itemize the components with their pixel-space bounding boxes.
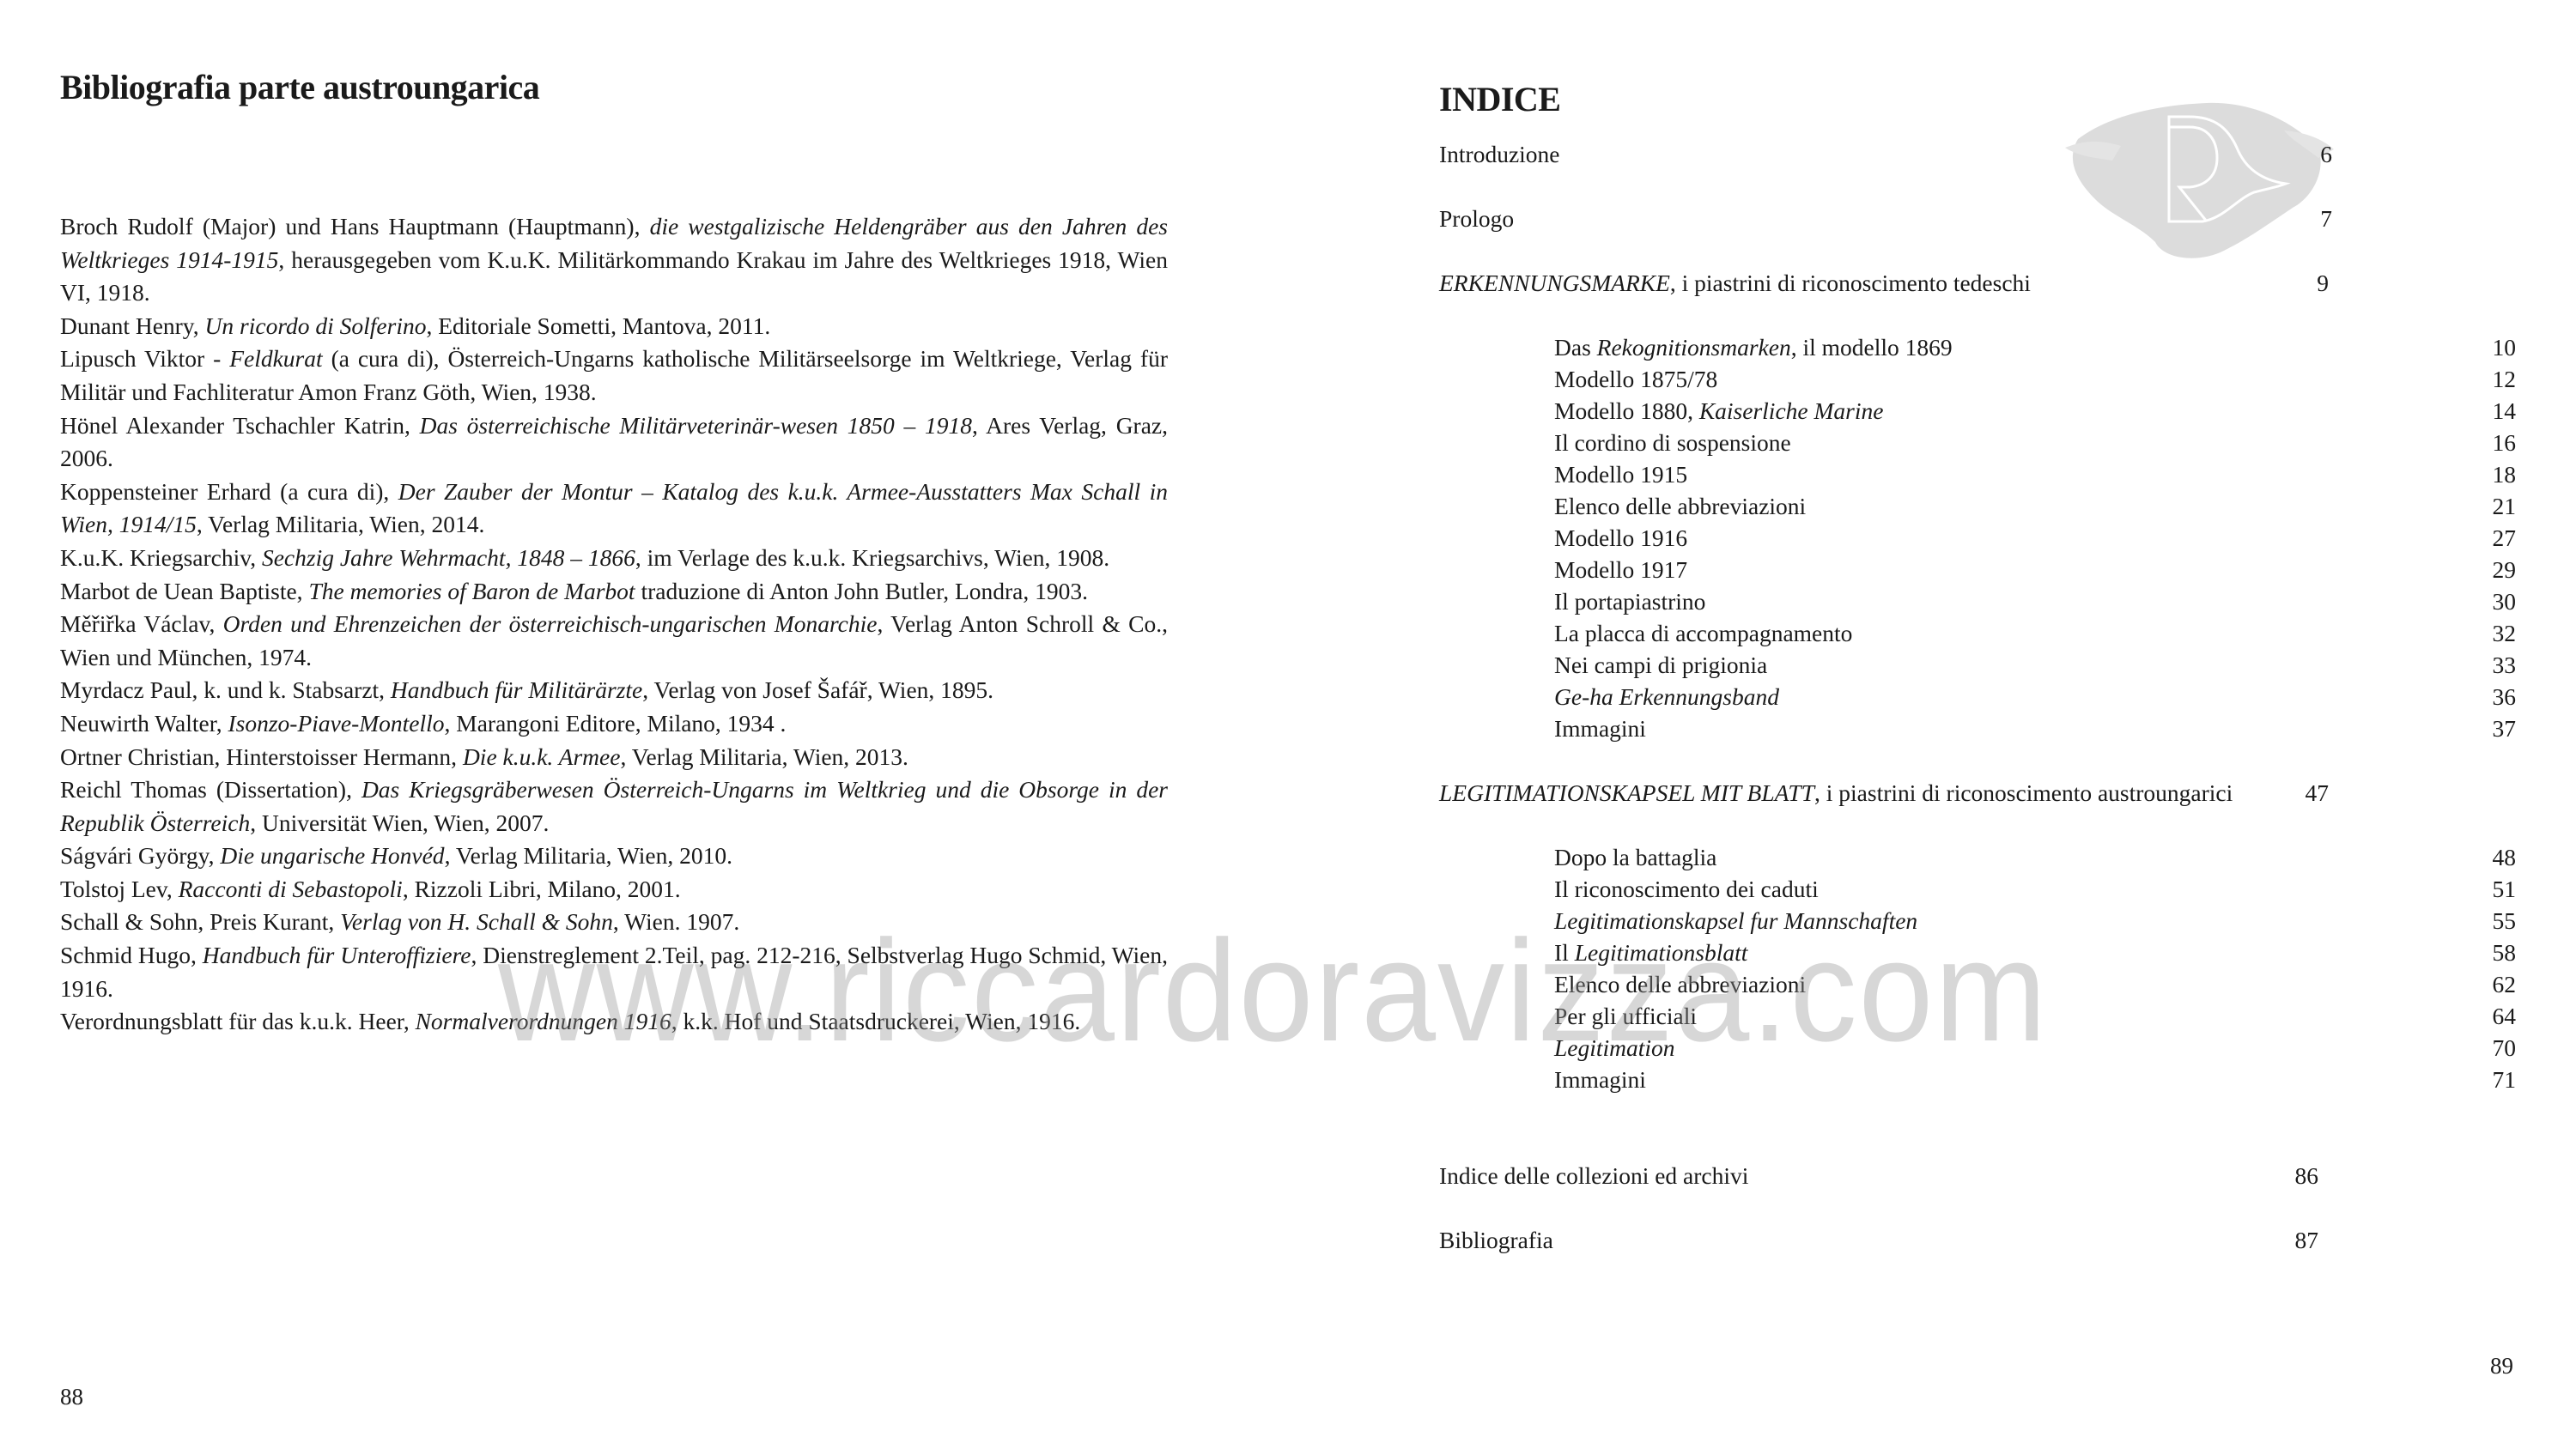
bibliography-entry: Schall & Sohn, Preis Kurant, Verlag von …: [60, 906, 1168, 939]
bibliography-entry: Hönel Alexander Tschachler Katrin, Das ö…: [60, 409, 1168, 476]
toc-page-number: 71: [2493, 1064, 2517, 1095]
toc-page-number: 32: [2493, 618, 2517, 649]
bibliography-entry: Schmid Hugo, Handbuch für Unteroffiziere…: [60, 939, 1168, 1005]
toc-label: Dopo la battaglia: [1554, 842, 1716, 873]
toc-label: Il Legitimationsblatt: [1554, 937, 1747, 968]
toc-page-number: 21: [2493, 491, 2517, 522]
toc-label: Elenco delle abbreviazioni: [1554, 969, 1806, 1000]
toc-page-number: 70: [2493, 1033, 2517, 1064]
toc-page-number: 16: [2493, 427, 2517, 458]
toc-label: Modello 1880, Kaiserliche Marine: [1554, 396, 1883, 427]
toc-label: Modello 1917: [1554, 555, 1687, 585]
toc-page-number: 27: [2493, 523, 2517, 554]
toc-label: Introduzione: [1439, 139, 1560, 170]
page-number-left: 88: [60, 1384, 83, 1410]
bibliography-list: Broch Rudolf (Major) und Hans Hauptmann …: [60, 210, 1168, 1039]
toc-label: Legitimation: [1554, 1033, 1675, 1064]
toc-label: Modello 1915: [1554, 459, 1687, 490]
toc-page-number: 64: [2493, 1001, 2517, 1032]
toc-label: Modello 1875/78: [1554, 364, 1717, 395]
toc-page-number: 51: [2493, 874, 2517, 905]
r-brush-logo-icon: [2061, 79, 2336, 268]
toc-label: La placca di accompagnamento: [1554, 618, 1852, 649]
toc-page-number: 55: [2493, 906, 2517, 937]
bibliography-entry: Ságvári György, Die ungarische Honvéd, V…: [60, 840, 1168, 873]
page-number-right: 89: [2490, 1353, 2513, 1379]
bibliography-entry: Myrdacz Paul, k. und k. Stabsarzt, Handb…: [60, 674, 1168, 707]
toc-label: Elenco delle abbreviazioni: [1554, 491, 1806, 522]
toc-label: Immagini: [1554, 713, 1646, 744]
bibliography-entry: Neuwirth Walter, Isonzo-Piave-Montello, …: [60, 707, 1168, 741]
toc-label: ERKENNUNGSMARKE, i piastrini di riconosc…: [1439, 268, 2031, 299]
bibliography-entry: Měřiřka Václav, Orden und Ehrenzeichen d…: [60, 608, 1168, 674]
right-page: INDICE Introduzione6Prologo7ERKENNUNGSMA…: [1288, 0, 2576, 1437]
bibliography-entry: Dunant Henry, Un ricordo di Solferino, E…: [60, 310, 1168, 343]
toc-label: Ge-ha Erkennungsband: [1554, 682, 1779, 712]
toc-page-number: 30: [2493, 586, 2517, 617]
toc-page-number: 6: [2320, 139, 2332, 170]
toc-label: Prologo: [1439, 203, 1514, 234]
toc-page-number: 36: [2493, 682, 2517, 712]
bibliography-entry: Reichl Thomas (Dissertation), Das Kriegs…: [60, 773, 1168, 840]
toc-page-number: 47: [2306, 778, 2330, 809]
bibliography-entry: Broch Rudolf (Major) und Hans Hauptmann …: [60, 210, 1168, 310]
left-page: Bibliografia parte austroungarica Broch …: [0, 0, 1288, 1437]
toc-label: Nei campi di prigionia: [1554, 650, 1767, 681]
bibliography-entry: Verordnungsblatt für das k.u.k. Heer, No…: [60, 1005, 1168, 1039]
toc-page-number: 62: [2493, 969, 2517, 1000]
toc-label: Das Rekognitionsmarken, il modello 1869: [1554, 332, 1953, 363]
bibliography-entry: Koppensteiner Erhard (a cura di), Der Za…: [60, 476, 1168, 542]
bibliography-entry: Marbot de Uean Baptiste, The memories of…: [60, 575, 1168, 609]
toc-label: Immagini: [1554, 1064, 1646, 1095]
toc-label: Il cordino di sospensione: [1554, 427, 1791, 458]
toc-label: LEGITIMATIONSKAPSEL MIT BLATT, i piastri…: [1439, 778, 2233, 809]
toc-page-number: 48: [2493, 842, 2517, 873]
bibliography-entry: Ortner Christian, Hinterstoisser Hermann…: [60, 741, 1168, 774]
toc-page-number: 18: [2493, 459, 2517, 490]
toc-label: Modello 1916: [1554, 523, 1687, 554]
toc-label: Indice delle collezioni ed archivi: [1439, 1161, 1748, 1191]
toc-page-number: 29: [2493, 555, 2517, 585]
toc-page-number: 37: [2493, 713, 2517, 744]
toc-page-number: 86: [2295, 1161, 2319, 1191]
toc-page-number: 87: [2295, 1225, 2319, 1256]
toc-label: Per gli ufficiali: [1554, 1001, 1697, 1032]
bibliography-entry: Tolstoj Lev, Racconti di Sebastopoli, Ri…: [60, 873, 1168, 906]
toc-page-number: 10: [2493, 332, 2517, 363]
toc-page-number: 33: [2493, 650, 2517, 681]
toc-page-number: 58: [2493, 937, 2517, 968]
index-heading: INDICE: [1439, 79, 1560, 119]
toc-label: Il portapiastrino: [1554, 586, 1705, 617]
bibliography-entry: K.u.K. Kriegsarchiv, Sechzig Jahre Wehrm…: [60, 542, 1168, 575]
bibliography-entry: Lipusch Viktor - Feldkurat (a cura di), …: [60, 343, 1168, 409]
bibliography-heading: Bibliografia parte austroungarica: [60, 67, 539, 107]
toc-label: Il riconoscimento dei caduti: [1554, 874, 1819, 905]
toc-page-number: 14: [2493, 396, 2517, 427]
toc-page-number: 9: [2317, 268, 2329, 299]
toc-label: Bibliografia: [1439, 1225, 1553, 1256]
toc-page-number: 12: [2493, 364, 2517, 395]
toc-page-number: 7: [2320, 203, 2332, 234]
toc-label: Legitimationskapsel fur Mannschaften: [1554, 906, 1917, 937]
